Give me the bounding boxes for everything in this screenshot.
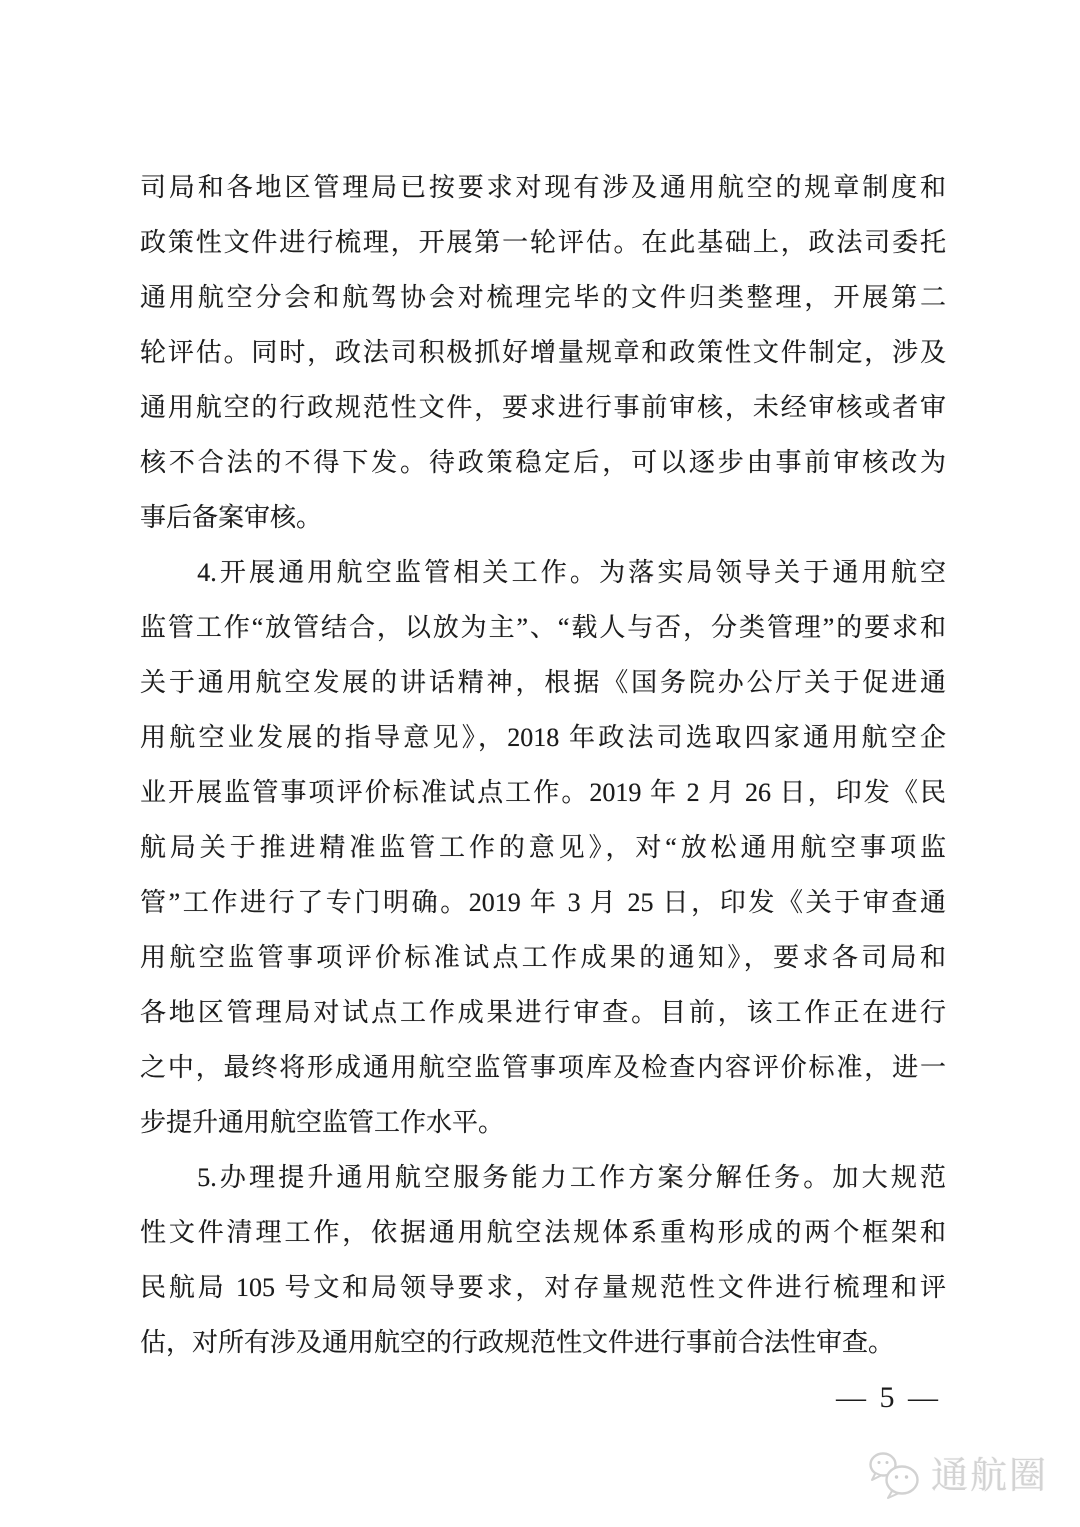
text-line: 4.开展通用航空监管相关工作。为落实局领导关于通用航空 — [140, 545, 946, 600]
text-line: 通用航空分会和航驾协会对梳理完毕的文件归类整理，开展第二 — [140, 270, 946, 325]
watermark: 通航圈 — [867, 1450, 1048, 1502]
wechat-logo-icon — [867, 1451, 923, 1501]
document-page: 司局和各地区管理局已按要求对现有涉及通用航空的规章制度和政策性文件进行梳理，开展… — [0, 0, 1080, 1527]
text-line: 用航空监管事项评价标准试点工作成果的通知》，要求各司局和 — [140, 930, 946, 985]
watermark-label: 通航圈 — [931, 1450, 1048, 1502]
text-line: 管”工作进行了专门明确。2019 年 3 月 25 日，印发《关于审查通 — [140, 875, 946, 930]
text-line: 用航空业发展的指导意见》，2018 年政法司选取四家通用航空企 — [140, 710, 946, 765]
text-line: 轮评估。同时，政法司积极抓好增量规章和政策性文件制定，涉及 — [140, 325, 946, 380]
text-line: 核不合法的不得下发。待政策稳定后，可以逐步由事前审核改为 — [140, 435, 946, 490]
text-line: 司局和各地区管理局已按要求对现有涉及通用航空的规章制度和 — [140, 160, 946, 215]
text-line: 估，对所有涉及通用航空的行政规范性文件进行事前合法性审查。 — [140, 1315, 946, 1370]
text-line: 关于通用航空发展的讲话精神，根据《国务院办公厅关于促进通 — [140, 655, 946, 710]
page-number: — 5 — — [822, 1378, 952, 1418]
document-body: 司局和各地区管理局已按要求对现有涉及通用航空的规章制度和政策性文件进行梳理，开展… — [140, 160, 946, 1370]
text-line: 5.办理提升通用航空服务能力工作方案分解任务。加大规范 — [140, 1150, 946, 1205]
text-line: 民航局 105 号文和局领导要求，对存量规范性文件进行梳理和评 — [140, 1260, 946, 1315]
text-line: 事后备案审核。 — [140, 490, 946, 545]
text-line: 政策性文件进行梳理，开展第一轮评估。在此基础上，政法司委托 — [140, 215, 946, 270]
text-line: 监管工作“放管结合，以放为主”、“载人与否，分类管理”的要求和 — [140, 600, 946, 655]
text-line: 之中，最终将形成通用航空监管事项库及检查内容评价标准，进一 — [140, 1040, 946, 1095]
text-line: 业开展监管事项评价标准试点工作。2019 年 2 月 26 日，印发《民 — [140, 765, 946, 820]
text-line: 性文件清理工作，依据通用航空法规体系重构形成的两个框架和 — [140, 1205, 946, 1260]
text-line: 各地区管理局对试点工作成果进行审查。目前，该工作正在进行 — [140, 985, 946, 1040]
text-line: 步提升通用航空监管工作水平。 — [140, 1095, 946, 1150]
text-line: 航局关于推进精准监管工作的意见》，对“放松通用航空事项监 — [140, 820, 946, 875]
text-line: 通用航空的行政规范性文件，要求进行事前审核，未经审核或者审 — [140, 380, 946, 435]
